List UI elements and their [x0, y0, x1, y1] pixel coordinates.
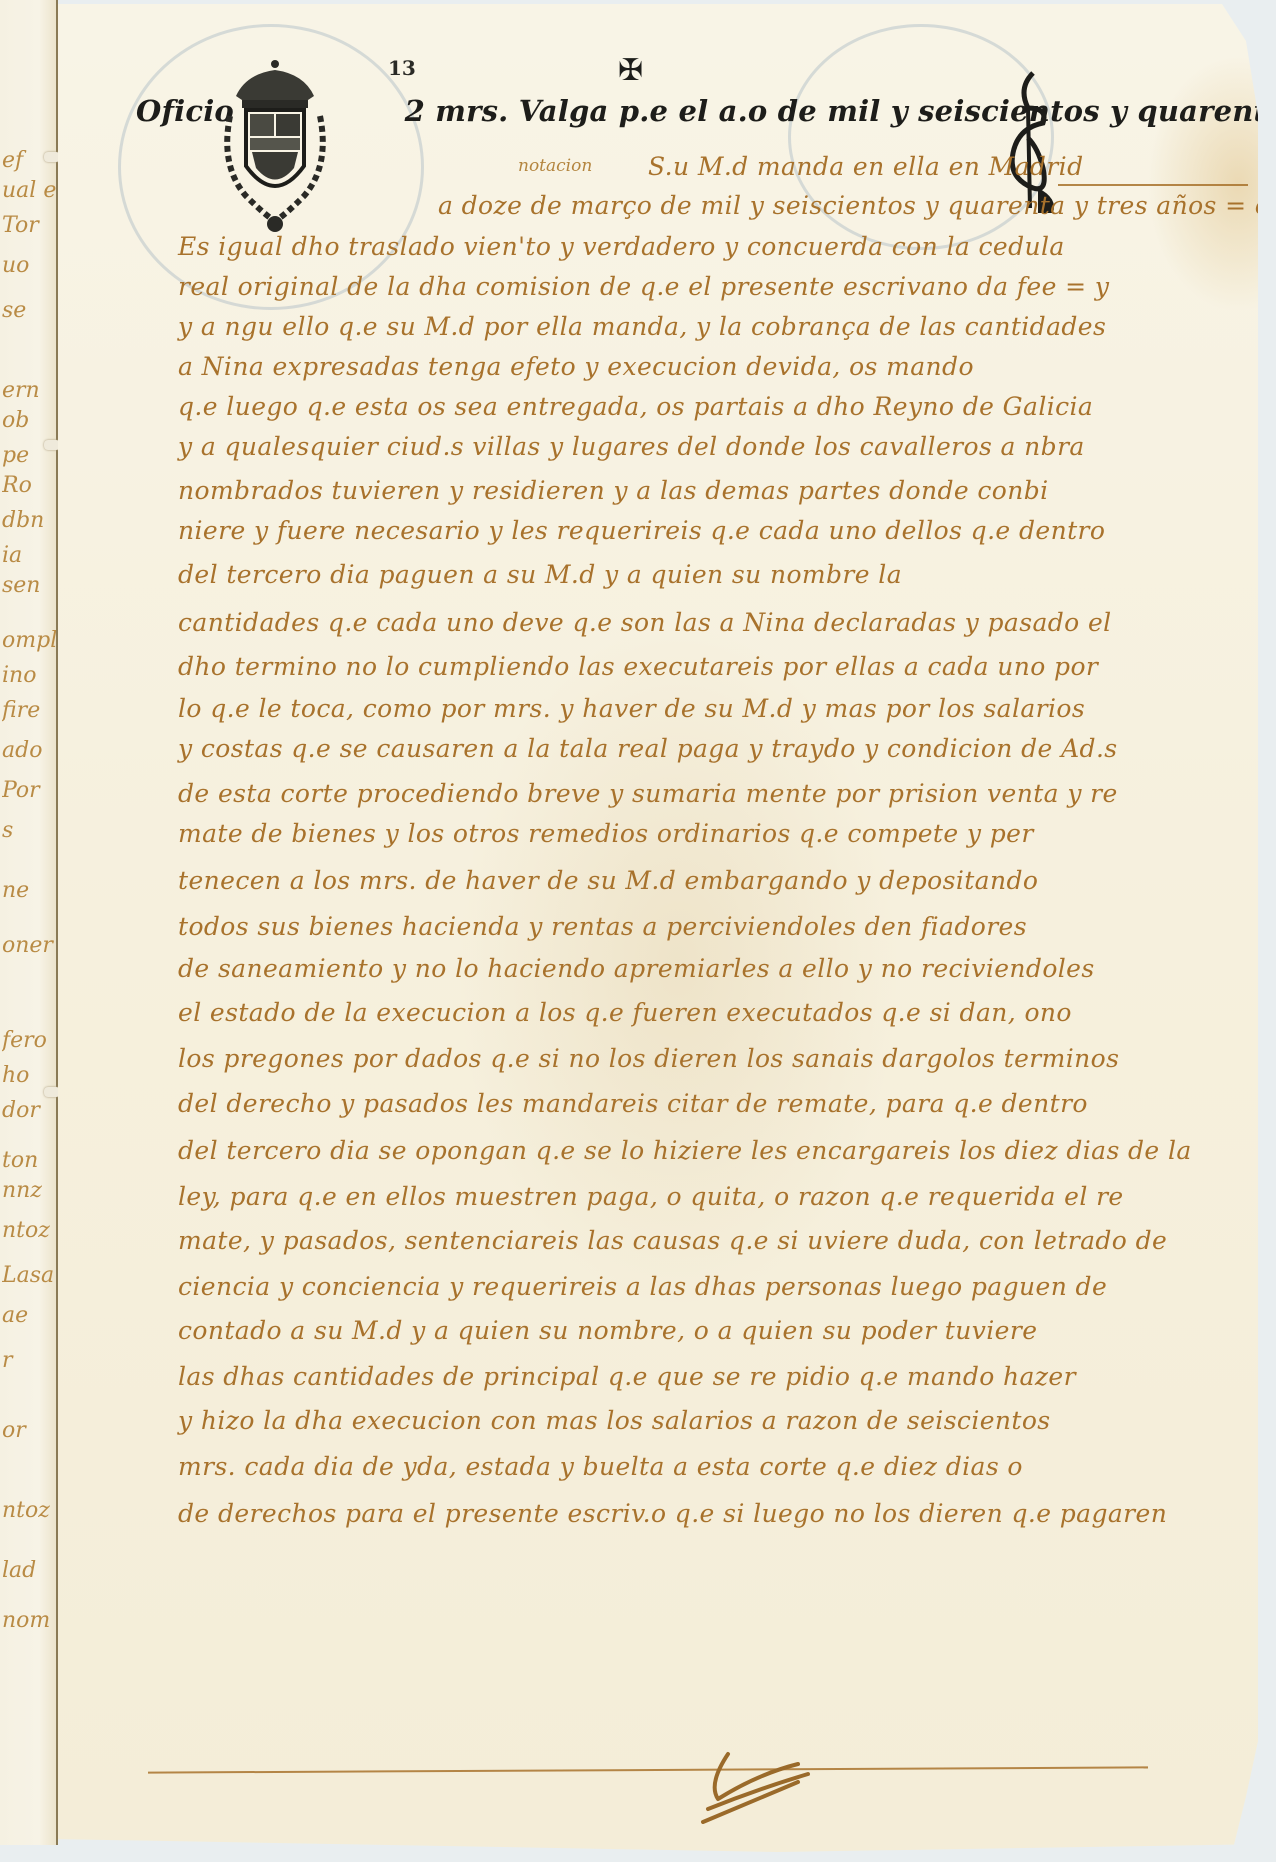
flap-fragment: ho — [2, 1065, 56, 1087]
price-label: 2 mrs. — [405, 94, 509, 128]
flap-fragment: uo — [2, 255, 56, 277]
flap-fragment: dbn — [2, 510, 56, 532]
flap-fragment: or — [2, 1420, 56, 1442]
manuscript-line: de esta corte procediendo breve y sumari… — [178, 779, 1258, 809]
underline-rule — [1058, 184, 1248, 186]
manuscript-line: cantidades q.e cada uno deve q.e son las… — [178, 608, 1258, 638]
manuscript-line: Es igual dho traslado vien'to y verdader… — [178, 232, 1258, 262]
manuscript-line: y hizo la dha execucion con mas los sala… — [178, 1406, 1258, 1436]
manuscript-line: q.e luego q.e esta os sea entregada, os … — [178, 392, 1258, 422]
manuscript-line: a doze de março de mil y seiscientos y q… — [438, 191, 1258, 221]
manuscript-line: dho termino no lo cumpliendo las executa… — [178, 652, 1258, 682]
flap-fragment: fire — [2, 700, 56, 722]
folded-margin-flap: ef ual e Tor uo se ern ob pe Ro dbn ia s… — [0, 0, 58, 1845]
closing-rule — [148, 1766, 1148, 1773]
manuscript-line: los pregones por dados q.e si no los die… — [178, 1044, 1258, 1074]
signature-flourish-icon — [698, 1744, 868, 1824]
annotation-label: notacion — [518, 156, 592, 176]
binding-stitch — [44, 440, 60, 450]
flap-fragment: dor — [2, 1100, 56, 1122]
flap-fragment: ompla — [2, 630, 56, 652]
manuscript-line: nombrados tuvieren y residieren y a las … — [178, 476, 1258, 506]
flap-fragment: ae — [2, 1305, 56, 1327]
flap-fragment: Por — [2, 780, 56, 802]
manuscript-line: tenecen a los mrs. de haver de su M.d em… — [178, 866, 1258, 896]
flap-fragment: r — [2, 1350, 56, 1372]
manuscript-line: del tercero dia se opongan q.e se lo hiz… — [178, 1136, 1258, 1166]
manuscript-line: de saneamiento y no lo haciendo apremiar… — [178, 954, 1258, 984]
flap-fragment: nnz — [2, 1180, 56, 1202]
manuscript-line: todos sus bienes hacienda y rentas a per… — [178, 912, 1258, 942]
flap-fragment: se — [2, 300, 56, 322]
flap-fragment: Tor — [2, 215, 56, 237]
manuscript-line: contado a su M.d y a quien su nombre, o … — [178, 1316, 1258, 1346]
flap-fragment: ob — [2, 410, 56, 432]
manuscript-line: ley, para q.e en ellos muestren paga, o … — [178, 1182, 1258, 1212]
manuscript-line: ciencia y conciencia y requerireis a las… — [178, 1272, 1258, 1302]
flap-fragment: lad — [2, 1560, 56, 1582]
document-sheet: Oficio 2 mrs. Valga p.e el a.o de mil y … — [58, 4, 1258, 1852]
flap-fragment: oner — [2, 935, 56, 957]
flap-fragment: ino — [2, 665, 56, 687]
manuscript-line: de derechos para el presente escriv.o q.… — [178, 1499, 1258, 1529]
binding-stitch — [44, 152, 60, 162]
flap-fragment: ne — [2, 880, 56, 902]
manuscript-line: y a qualesquier ciud.s villas y lugares … — [178, 432, 1258, 462]
flap-fragment: ual e — [2, 180, 56, 202]
royal-coat-of-arms-icon — [216, 56, 334, 234]
binding-stitch — [44, 1087, 60, 1097]
flap-fragment: fero — [2, 1030, 56, 1052]
manuscript-line: del derecho y pasados les mandareis cita… — [178, 1089, 1258, 1119]
flap-fragment: ia — [2, 545, 56, 567]
manuscript-line: y costas q.e se causaren a la tala real … — [178, 734, 1258, 764]
flap-fragment: ntoz — [2, 1500, 56, 1522]
manuscript-line: niere y fuere necesario y les requerirei… — [178, 516, 1258, 546]
flap-fragment: s — [2, 820, 56, 842]
manuscript-line: del tercero dia paguen a su M.d y a quie… — [178, 560, 1258, 590]
manuscript-line: a Nina expresadas tenga efeto y execucio… — [178, 352, 1258, 382]
cross-icon: ✠ — [618, 56, 643, 86]
manuscript-line: y a ngu ello q.e su M.d por ella manda, … — [178, 312, 1258, 342]
manuscript-line: S.u M.d manda en ella en Madrid — [648, 152, 1258, 182]
manuscript-line: las dhas cantidades de principal q.e que… — [178, 1362, 1258, 1392]
folio-number: 13 — [388, 56, 416, 80]
flap-fragment: sen — [2, 575, 56, 597]
manuscript-line: mrs. cada dia de yda, estada y buelta a … — [178, 1452, 1258, 1482]
flap-fragment: Ro — [2, 475, 56, 497]
manuscript-line: el estado de la execucion a los q.e fuer… — [178, 998, 1258, 1028]
manuscript-line: real original de la dha comision de q.e … — [178, 272, 1258, 302]
flap-fragment: ado — [2, 740, 56, 762]
flap-fragment: Lasa — [2, 1265, 56, 1287]
flap-fragment: ern — [2, 380, 56, 402]
manuscript-line: mate de bienes y los otros remedios ordi… — [178, 819, 1258, 849]
manuscript-line: lo q.e le toca, como por mrs. y haver de… — [178, 694, 1258, 724]
flap-fragment: ntoz — [2, 1220, 56, 1242]
validity-label: Valga p.e el a.o de mil y seiscientos y … — [519, 94, 1276, 128]
flap-fragment: nom — [2, 1610, 56, 1632]
manuscript-line: mate, y pasados, sentenciareis las causa… — [178, 1226, 1258, 1256]
flap-fragment: ton — [2, 1150, 56, 1172]
